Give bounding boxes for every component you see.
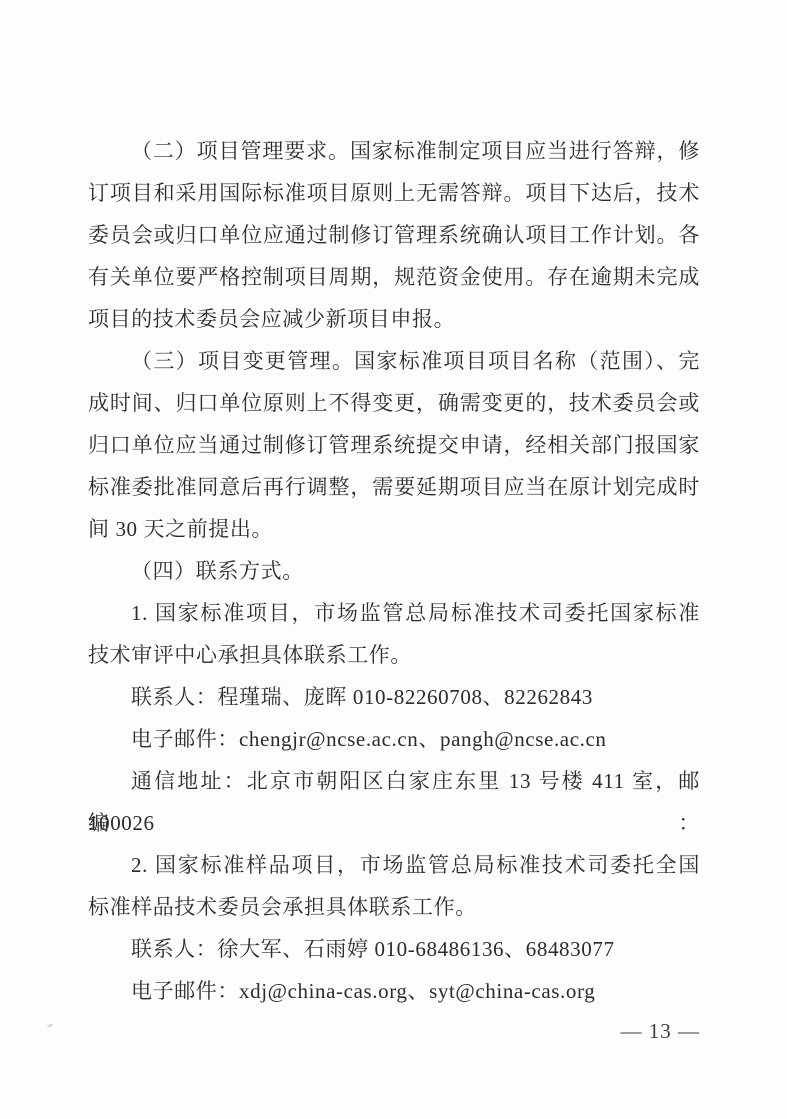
text-line: 电子邮件：chengjr@ncse.ac.cn、pangh@ncse.ac.cn <box>88 718 700 760</box>
text-line: 标准委批准同意后再行调整，需要延期项目应当在原计划完成时 <box>88 466 700 508</box>
page-number: — 13 — <box>621 1019 701 1043</box>
text-line: 2. 国家标准样品项目，市场监管总局标准技术司委托全国 <box>88 844 700 886</box>
text-line: 成时间、归口单位原则上不得变更，确需变更的，技术委员会或 <box>88 382 700 424</box>
text-line: 标准样品技术委员会承担具体联系工作。 <box>88 886 700 928</box>
text-line: 有关单位要严格控制项目周期，规范资金使用。存在逾期未完成 <box>88 256 700 298</box>
text-line: 通信地址：北京市朝阳区白家庄东里 13 号楼 411 室，邮编： <box>88 760 700 802</box>
text-line: （二）项目管理要求。国家标准制定项目应当进行答辩，修 <box>88 130 700 172</box>
text-line: 间 30 天之前提出。 <box>88 508 700 550</box>
document-body: （二）项目管理要求。国家标准制定项目应当进行答辩，修订项目和采用国际标准项目原则… <box>88 130 700 1012</box>
document-page: （二）项目管理要求。国家标准制定项目应当进行答辩，修订项目和采用国际标准项目原则… <box>0 0 787 1119</box>
text-line: 归口单位应当通过制修订管理系统提交申请，经相关部门报国家 <box>88 424 700 466</box>
page-footer: — 13 — <box>621 1019 701 1044</box>
text-line: 订项目和采用国际标准项目原则上无需答辩。项目下达后，技术 <box>88 172 700 214</box>
text-line: 技术审评中心承担具体联系工作。 <box>88 634 700 676</box>
scan-artifact <box>47 1023 54 1028</box>
text-line: 1. 国家标准项目，市场监管总局标准技术司委托国家标准 <box>88 592 700 634</box>
text-line: 委员会或归口单位应通过制修订管理系统确认项目工作计划。各 <box>88 214 700 256</box>
text-line: （四）联系方式。 <box>88 550 700 592</box>
text-line: 联系人：程瑾瑞、庞晖 010-82260708、82262843 <box>88 676 700 718</box>
text-line: 联系人：徐大军、石雨婷 010-68486136、68483077 <box>88 928 700 970</box>
text-line: 电子邮件：xdj@china-cas.org、syt@china-cas.org <box>88 970 700 1012</box>
text-line: 项目的技术委员会应减少新项目申报。 <box>88 298 700 340</box>
text-line: （三）项目变更管理。国家标准项目项目名称（范围）、完 <box>88 340 700 382</box>
